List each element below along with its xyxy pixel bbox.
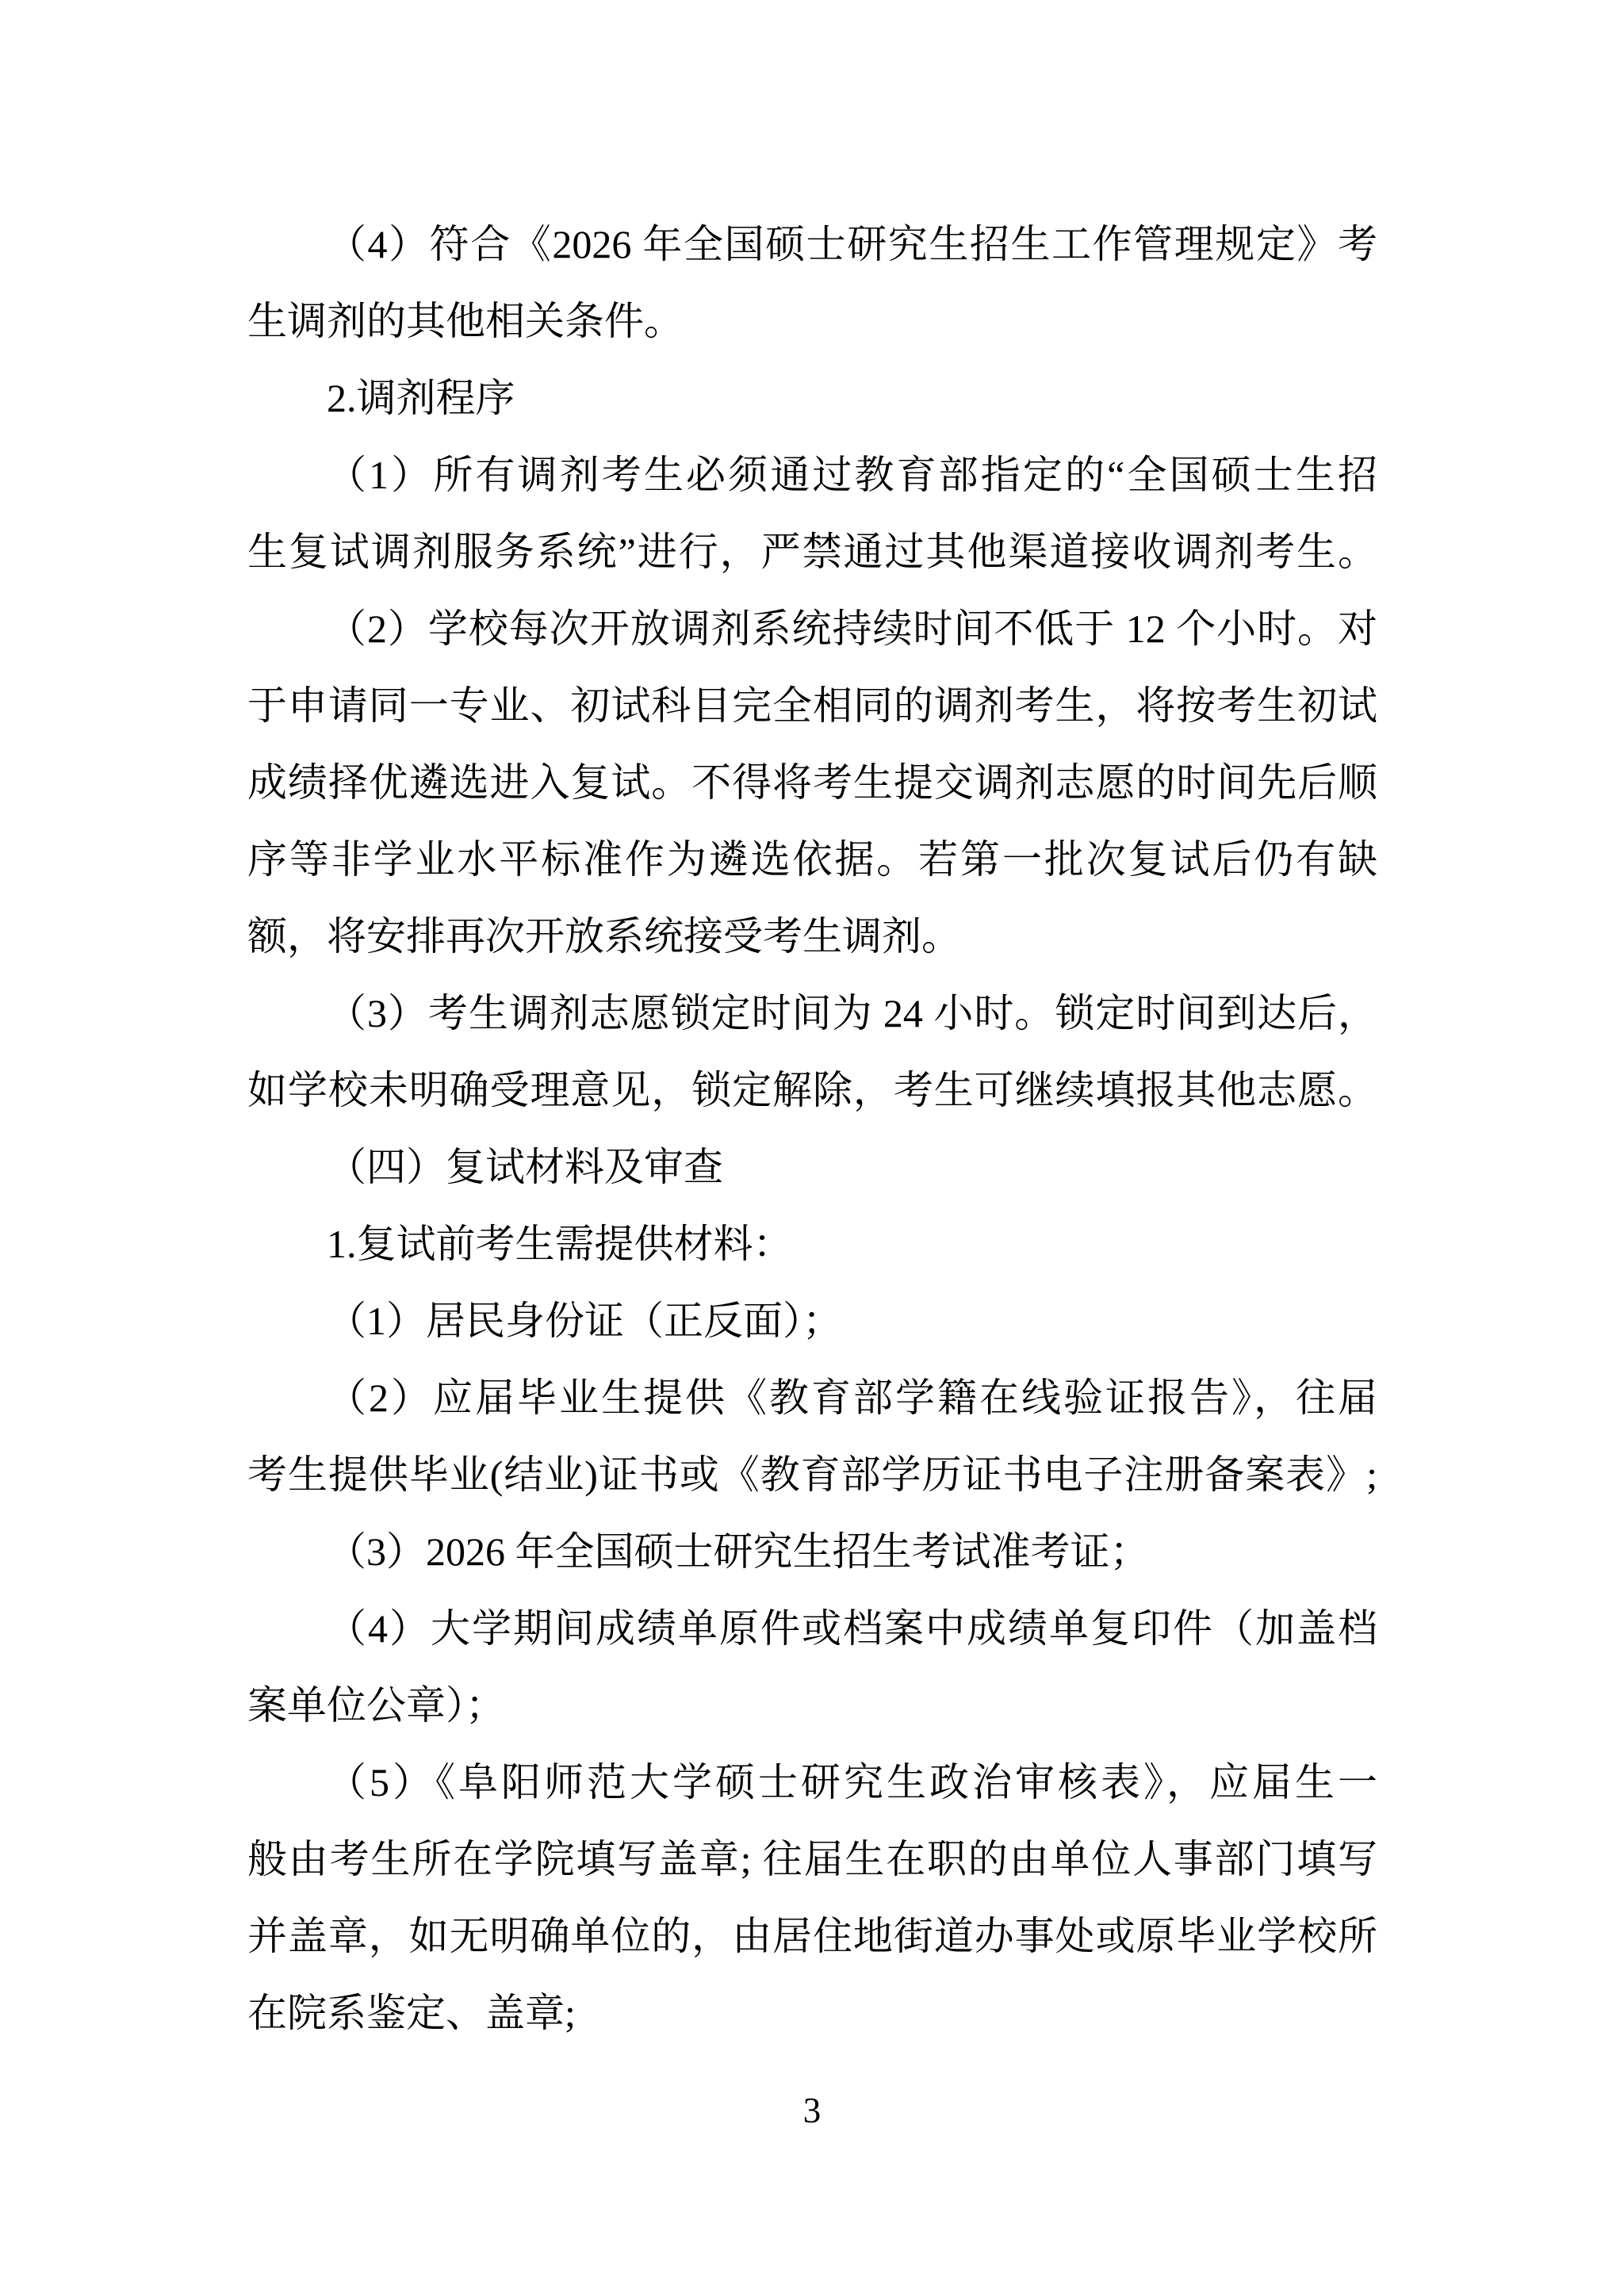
document-body: （4）符合《2026 年全国硕士研究生招生工作管理规定》考生调剂的其他相关条件。… bbox=[247, 206, 1377, 2052]
text-line: 般由考生所在学院填写盖章; 往届生在职的由单位人事部门填写 bbox=[247, 1821, 1377, 1898]
text-line: 在院系鉴定、盖章; bbox=[247, 1975, 1377, 2052]
text-line: （1）所有调剂考生必须通过教育部指定的“全国硕士生招 bbox=[247, 437, 1377, 514]
text-line: （5）《阜阳师范大学硕士研究生政治审核表》，应届生一 bbox=[247, 1744, 1377, 1821]
text-line: 2.调剂程序 bbox=[247, 360, 1377, 437]
text-line: （四）复试材料及审查 bbox=[247, 1129, 1377, 1206]
text-line: 序等非学业水平标准作为遴选依据。若第一批次复试后仍有缺 bbox=[247, 821, 1377, 898]
text-line: 考生提供毕业(结业)证书或《教育部学历证书电子注册备案表》; bbox=[247, 1437, 1377, 1513]
text-line: 1.复试前考生需提供材料： bbox=[247, 1206, 1377, 1283]
text-line: （3）2026 年全国硕士研究生招生考试准考证； bbox=[247, 1513, 1377, 1590]
page-number: 3 bbox=[0, 2087, 1624, 2134]
document-page: （4）符合《2026 年全国硕士研究生招生工作管理规定》考生调剂的其他相关条件。… bbox=[0, 0, 1624, 2296]
text-line: 生复试调剂服务系统”进行，严禁通过其他渠道接收调剂考生。 bbox=[247, 514, 1377, 591]
text-line: （4）符合《2026 年全国硕士研究生招生工作管理规定》考 bbox=[247, 206, 1377, 283]
text-line: （2）应届毕业生提供《教育部学籍在线验证报告》，往届 bbox=[247, 1360, 1377, 1437]
text-line: 生调剂的其他相关条件。 bbox=[247, 283, 1377, 360]
text-line: 如学校未明确受理意见，锁定解除，考生可继续填报其他志愿。 bbox=[247, 1052, 1377, 1129]
text-line: 并盖章，如无明确单位的，由居住地街道办事处或原毕业学校所 bbox=[247, 1898, 1377, 1975]
text-line: （3）考生调剂志愿锁定时间为 24 小时。锁定时间到达后， bbox=[247, 975, 1377, 1052]
text-line: （1）居民身份证（正反面）； bbox=[247, 1283, 1377, 1360]
text-line: 成绩择优遴选进入复试。不得将考生提交调剂志愿的时间先后顺 bbox=[247, 744, 1377, 821]
text-line: 案单位公章）； bbox=[247, 1667, 1377, 1744]
text-line: 额，将安排再次开放系统接受考生调剂。 bbox=[247, 898, 1377, 975]
text-line: （4）大学期间成绩单原件或档案中成绩单复印件（加盖档 bbox=[247, 1590, 1377, 1667]
text-line: 于申请同一专业、初试科目完全相同的调剂考生，将按考生初试 bbox=[247, 668, 1377, 744]
text-line: （2）学校每次开放调剂系统持续时间不低于 12 个小时。对 bbox=[247, 591, 1377, 668]
